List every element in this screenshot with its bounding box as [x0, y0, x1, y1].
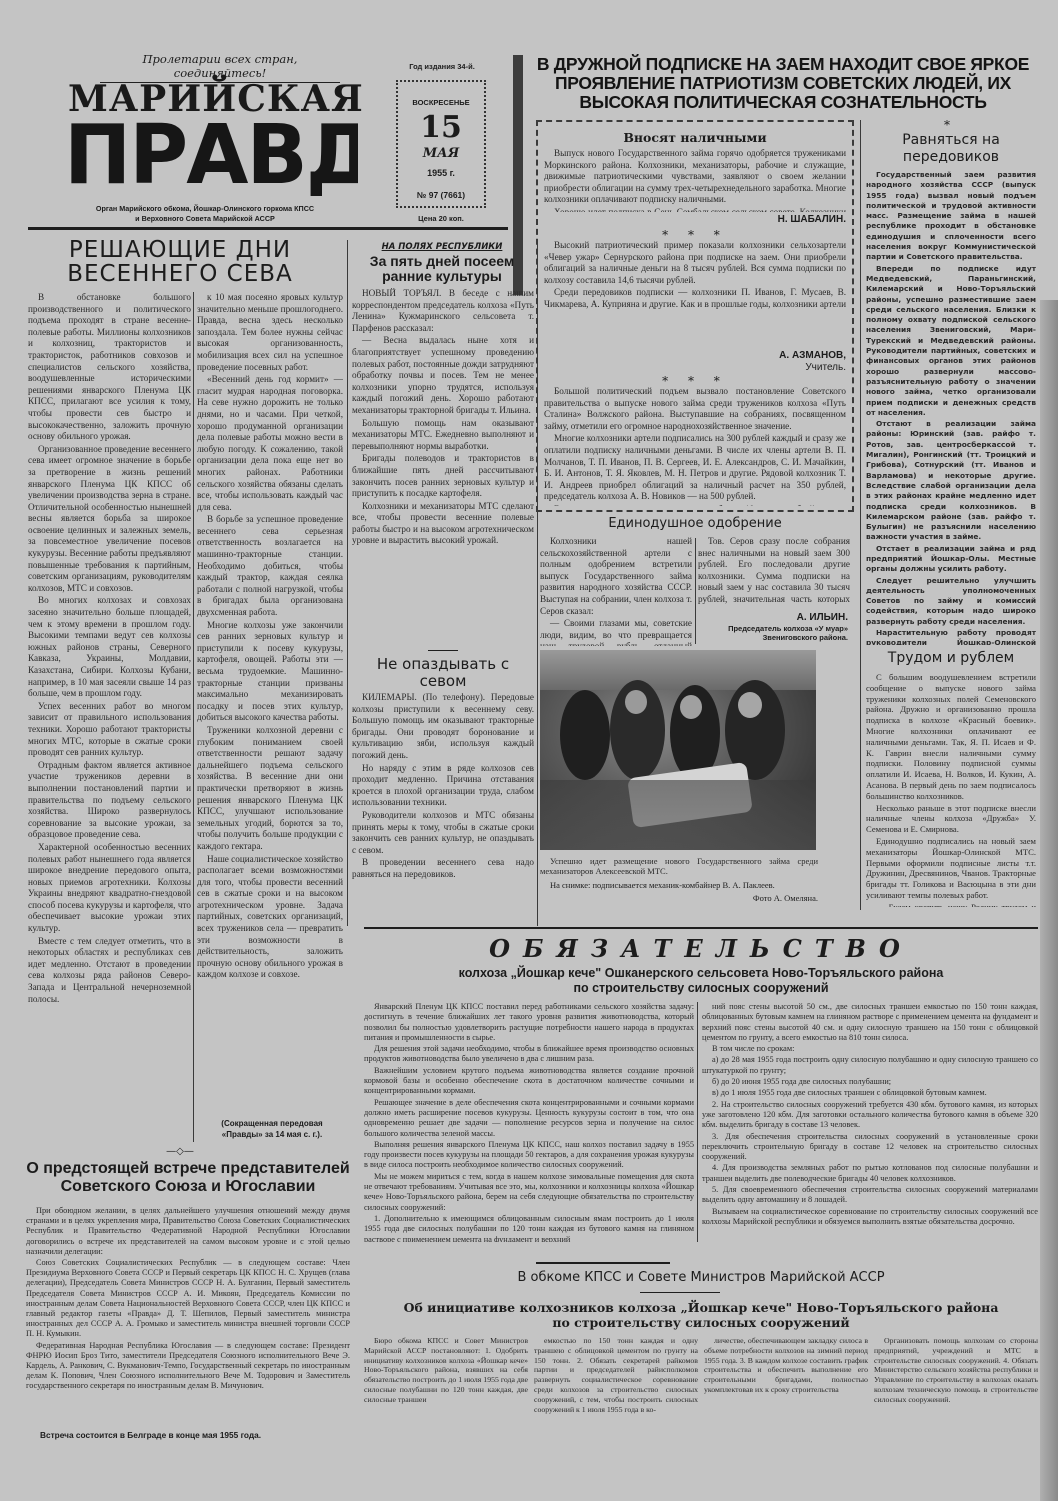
paragraph: 5. Для своевременного обеспечения строит… [702, 1185, 1038, 1206]
paragraph: Нарастительную работу проводят руководит… [866, 628, 1036, 645]
editorial-source: (Сокращенная передовая «Правды» за 14 ма… [200, 1118, 344, 1140]
masthead-title-main: ПРАВДА [64, 116, 358, 196]
obkom-headline: Об инициативе колхозников колхоза „Йошка… [364, 1300, 1038, 1330]
column-divider [347, 240, 348, 926]
obkom-col: емкостью по 150 тонн каждая и одну транш… [534, 1336, 698, 1448]
yugoslavia-headline: О предстоящей встрече представителей Сов… [14, 1160, 362, 1196]
paragraph: Во многих колхозах и совхозах засеяно зн… [28, 595, 191, 699]
approval-headline: Единодушное одобрение [540, 516, 850, 531]
editorial-col2: к 10 мая посеяно яровых культур значител… [197, 292, 343, 1112]
paragraph: В том числе по срокам: [702, 1044, 1038, 1054]
paragraph: Для решения этой задачи необходимо, чтоб… [364, 1044, 694, 1065]
paragraph: Многие колхозы уже закончили сев ранних … [197, 620, 343, 724]
obkom-section-header: В обкоме КПСС и Совете Министров Марийск… [364, 1270, 1038, 1285]
obkom-col: личестве, обеспечивающем закладку силоса… [704, 1336, 868, 1448]
column-divider [860, 120, 861, 910]
paragraph: 4. Для производства земляных работ по ры… [702, 1163, 1038, 1184]
obkom-col: Бюро обкома КПСС и Совет Министров Марий… [364, 1336, 528, 1448]
day-number: 15 [396, 112, 486, 144]
month: МАЯ [396, 146, 486, 161]
paragraph: Январский Пленум ЦК КПСС поставил перед … [364, 1002, 694, 1043]
paragraph: Характерной особенностью весенних полевы… [28, 842, 191, 935]
issue-number: № 97 (7661) [396, 190, 486, 200]
cash-text-2: Высокий патриотический пример показали к… [544, 240, 846, 310]
paragraph: к 10 мая посеяно яровых культур значител… [197, 292, 343, 373]
masthead-rule [28, 227, 508, 230]
short-rule [640, 1292, 720, 1293]
paragraph: Большой политический подъем вызвало пост… [544, 386, 846, 432]
labor-text: С большим воодушевлением встретили сообщ… [866, 672, 1036, 907]
photo-mechanizers [540, 650, 816, 850]
obligation-headline: ОБЯЗАТЕЛЬСТВО [364, 934, 1038, 963]
paragraph: Колхозники нашей сельскохозяйственной ар… [540, 536, 692, 617]
paragraph: Наше социалистическое хозяйство располаг… [197, 854, 343, 982]
short-rule [428, 650, 458, 651]
paragraph: — Своими глазами мы, советские люди, вид… [540, 618, 692, 646]
subhead-line1: колхоза „Йошкар кече" Ошканерского сельс… [364, 966, 1038, 981]
paragraph: В обстановке большого производственного … [28, 292, 191, 443]
weekday: ВОСКРЕСЕНЬЕ [396, 98, 486, 107]
paragraph: Хорошо идет подписка в Сень-Сомбальском … [544, 207, 846, 212]
editorial-headline: РЕШАЮЩИЕ ДНИ ВЕСЕННЕГО СЕВА [30, 238, 330, 286]
year: 1955 г. [396, 168, 486, 178]
obligation-col2: ний пояс стены высотой 50 см., две силос… [702, 1002, 1038, 1242]
paragraph: Вместе с тем следует отметить, что в нек… [28, 936, 191, 1006]
column-divider [697, 1002, 698, 1242]
paragraph: Труженики колхозной деревни с глубоким п… [197, 725, 343, 853]
paragraph: Мы не можем мириться с тем, когда в наше… [364, 1172, 694, 1213]
delay-headline: Не опаздывать с севом [352, 656, 534, 690]
paragraph: 2. На строительство силосных сооружений … [702, 1100, 1038, 1131]
paragraph: Отстает в реализации займа и ряд предпри… [866, 544, 1036, 575]
paragraph: НОВЫЙ ТОРЪЯЛ. В беседе с нашим корреспон… [352, 288, 534, 334]
cash-text: Выпуск нового Государственного займа гор… [544, 148, 846, 212]
delay-text: КИЛЕМАРЫ. (По телефону). Передовые колхо… [352, 692, 534, 922]
obligation-subhead: колхоза „Йошкар кече" Ошканерского сельс… [364, 966, 1038, 996]
paragraph: — Весна выдалась ныне хотя и благоприятс… [352, 335, 534, 416]
obkom-col: Организовать помощь колхозам со стороны … [874, 1336, 1038, 1448]
masthead-organ: Орган Марийского обкома, Йошкар-Олинског… [70, 204, 340, 224]
paragraph: Отрадным фактом является активное участи… [28, 760, 191, 841]
leaders-text: Государственный заем развития народного … [866, 170, 1036, 645]
signature-role: Председатель колхоза «У муар» Звениговск… [698, 624, 848, 642]
photo-caption-2: На снимке: подписывается механик-комбайн… [550, 880, 820, 890]
paragraph: Союз Советских Социалистических Республи… [26, 1258, 350, 1340]
short-rule [536, 1262, 670, 1264]
approval-col2: Тов. Серов сразу после собрания внес нал… [698, 536, 850, 608]
paragraph: а) до 28 мая 1955 года построить одну си… [702, 1055, 1038, 1076]
paragraph: В борьбе за успешное проведение весеннег… [197, 514, 343, 618]
paragraph: ний пояс стены высотой 50 см., две силос… [702, 1002, 1038, 1043]
masthead-title-top: МАРИЙСКАЯ [68, 78, 348, 120]
paragraph: Выполняя решения январского Пленума ЦК К… [364, 1140, 694, 1171]
paragraph: Государственный заем развития народного … [866, 170, 1036, 263]
cash-text-3: Большой политический подъем вызвало пост… [544, 386, 846, 506]
signature: Н. ШАБАЛИН. [544, 214, 846, 225]
signature-role: Учитель. [544, 362, 846, 373]
paragraph: Большую помощь нам оказывают механизатор… [352, 418, 534, 453]
paragraph: При обоюдном желании, в целях дальнейшег… [26, 1206, 350, 1257]
paragraph: Решающее значение в деле обеспечения ско… [364, 1098, 694, 1139]
headline-line2: по строительству силосных сооружений [364, 1315, 1038, 1330]
paragraph: Важнейшим условием крутого подъема живот… [364, 1066, 694, 1097]
paragraph: Высокий патриотический пример показали к… [544, 240, 846, 286]
paragraph: Колхозники и механизаторы МТС сделают вс… [352, 501, 534, 547]
newspaper-page: Пролетарии всех стран, соединяйтесь! МАР… [0, 0, 1058, 1501]
paragraph: С большим воодушевлением встретили сообщ… [866, 672, 1036, 802]
paragraph: в) до 1 июля 1955 года две силосных тран… [702, 1088, 1038, 1098]
cash-headline: Вносят наличными [540, 130, 850, 145]
organ-line1: Орган Марийского обкома, Йошкар-Олинског… [70, 204, 340, 214]
paragraph: Несколько раньше в этот подписке внесли … [866, 803, 1036, 835]
paragraph: Федеративная Народная Республика Югослав… [26, 1341, 350, 1392]
paragraph: Тов. Серов сразу после собрания внес нал… [698, 536, 850, 608]
photo-caption: Успешно идет размещение нового Государст… [540, 856, 818, 878]
paragraph: Единодушно подписались на новый заем мех… [866, 836, 1036, 901]
fields-text: НОВЫЙ ТОРЪЯЛ. В беседе с нашим корреспон… [352, 288, 534, 606]
price: Цена 20 коп. [396, 214, 486, 223]
subhead-line2: по строительству силосных сооружений [364, 981, 1038, 996]
paragraph: В проведении весеннего сева надо равнять… [352, 857, 534, 880]
obligation-col1: Январский Пленум ЦК КПСС поставил перед … [364, 1002, 694, 1242]
paragraph: КИЛЕМАРЫ. (По телефону). Передовые колхо… [352, 692, 534, 762]
paragraph: Бригады полеводов и трактористов в ближа… [352, 453, 534, 499]
column-divider [193, 292, 194, 1142]
yugoslavia-text: При обоюдном желании, в целях дальнейшег… [26, 1206, 350, 1428]
paragraph: Но наряду с этим в ряде колхозов сев про… [352, 763, 534, 809]
paragraph: Отстают в реализации займа районы: Юринс… [866, 419, 1036, 543]
signature: А. АЗМАНОВ, [544, 350, 846, 361]
year-of-issue: Год издания 34-й. [392, 62, 492, 71]
headline-line1: Об инициативе колхозников колхоза „Йошка… [364, 1300, 1038, 1315]
labor-headline: Трудом и рублем [866, 650, 1036, 666]
approval-col1: Колхозники нашей сельскохозяйственной ар… [540, 536, 692, 646]
obkom-columns: Бюро обкома КПСС и Совет Министров Марий… [364, 1336, 1038, 1448]
paragraph: 3. Для обеспечения строительства силосны… [702, 1132, 1038, 1163]
paragraph: б) до 20 июня 1955 года две силосных пол… [702, 1077, 1038, 1087]
signature: А. ИЛЬИН. [698, 612, 848, 623]
section-rule [364, 927, 1038, 929]
paragraph: Многие колхозники артели подписались на … [544, 433, 846, 503]
banner-headline: В ДРУЖНОЙ ПОДПИСКЕ НА ЗАЕМ НАХОДИТ СВОЕ … [528, 55, 1038, 112]
star-ornament: * [866, 118, 1036, 132]
organ-line2: и Верховного Совета Марийской АССР [70, 214, 340, 224]
paragraph: Организованное проведение весеннего сева… [28, 444, 191, 595]
leaders-headline: Равняться на передовиков [866, 132, 1036, 166]
photo-credit: Фото А. Омеляна. [540, 893, 818, 903]
paragraph: Руководители колхозов и МТС обязаны прин… [352, 810, 534, 856]
paragraph: Вызываем на социалистическое соревновани… [702, 1207, 1038, 1228]
column-divider [537, 240, 538, 926]
ornament-divider: —◇— [140, 1146, 220, 1157]
paragraph: — Будем крепить нашу Родину трудом и руб… [866, 902, 1036, 907]
paragraph: «Весенний день год кормит» — гласит мудр… [197, 374, 343, 513]
paragraph: Среди передовиков подписки — колхозники … [544, 287, 846, 310]
paragraph: Следует решительно улучшить деятельность… [866, 576, 1036, 627]
page-edge [1040, 300, 1058, 1501]
paragraph: Впереди по подписке идут Медведевский, П… [866, 264, 1036, 418]
paragraph: Успех весенних работ во многом зависит о… [28, 701, 191, 759]
yugoslavia-closing: Встреча состоится в Белграде в конце мая… [40, 1430, 340, 1440]
paragraph: Выпуск нового Государственного займа гор… [544, 148, 846, 206]
fields-headline: За пять дней посеем ранние культуры [352, 254, 532, 284]
rubric: НА ПОЛЯХ РЕСПУБЛИКИ [352, 242, 532, 252]
editorial-col1: В обстановке большого производственного … [28, 292, 191, 1142]
paragraph: Всего по колхозу внесено наличными более… [544, 504, 846, 506]
paragraph: 1. Дополнительно к имеющимся облицованны… [364, 1214, 694, 1242]
column-divider [695, 538, 696, 644]
